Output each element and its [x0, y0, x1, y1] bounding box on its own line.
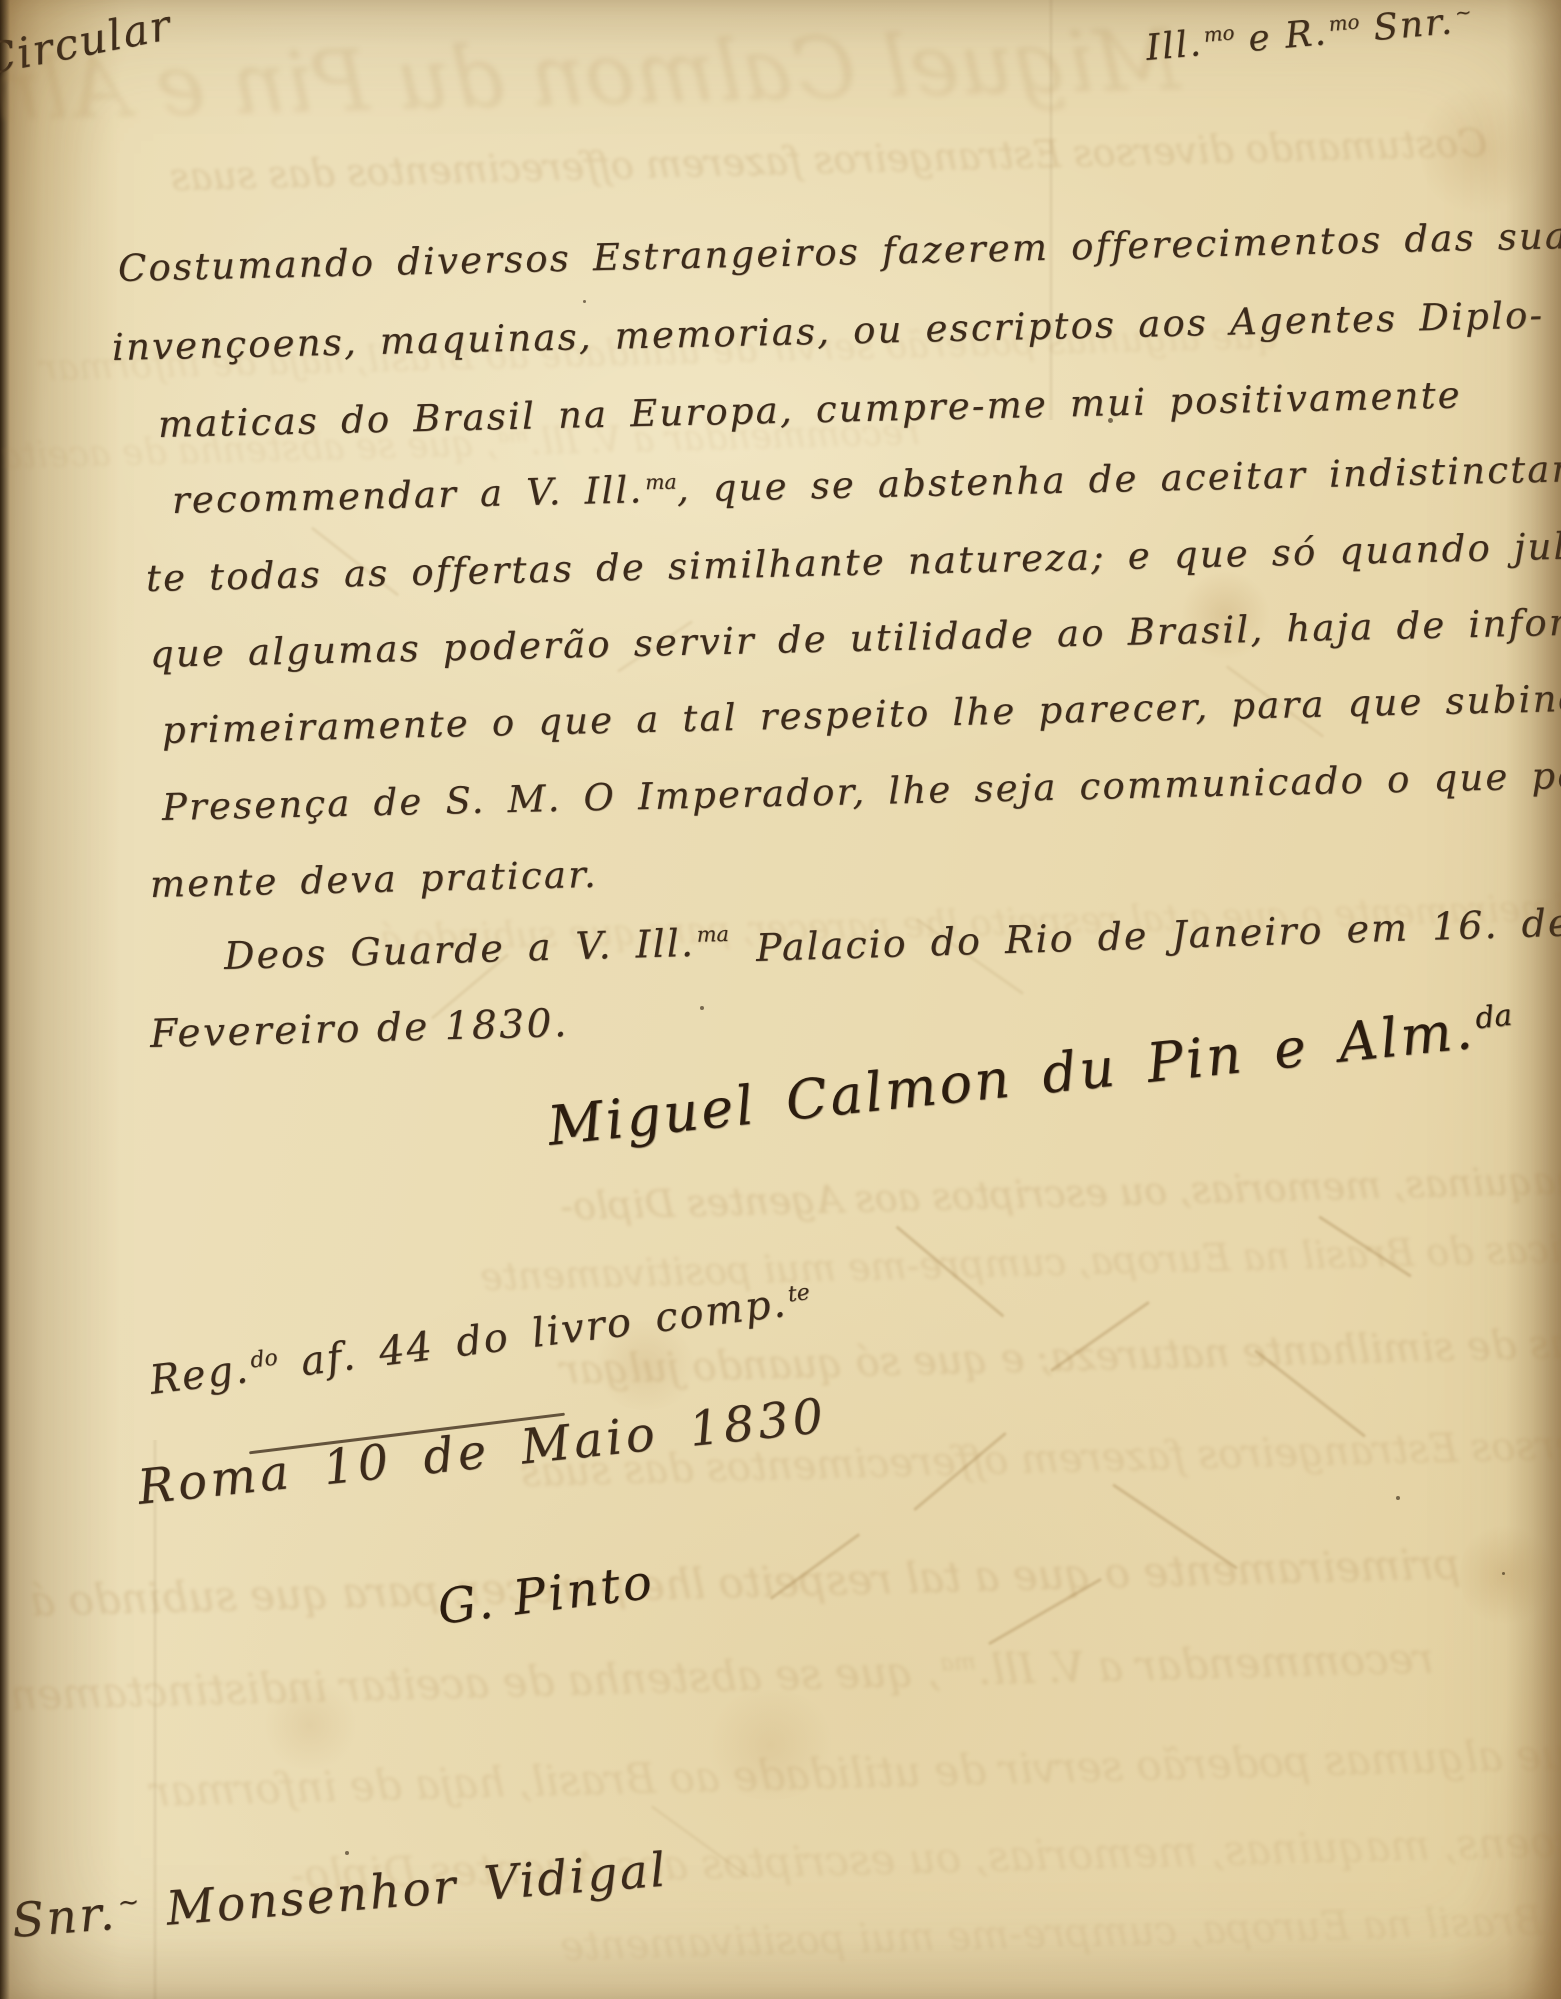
- binding-edge: [0, 0, 10, 1999]
- ink-bleedthrough: maticas do Brasil na Europa, cumpre-me m…: [480, 1225, 1561, 1299]
- body-line: Presença de S. M. O Imperador, lhe seja …: [162, 751, 1561, 829]
- registry-note: Reg.do af. 44 do livro comp.te: [147, 1277, 813, 1404]
- ink-bleedthrough: primeiramente o que a tal respeito lhe p…: [30, 1539, 1461, 1625]
- body-line: invençoens, maquinas, memorias, ou escri…: [112, 294, 1545, 369]
- closing-salute: Deos Guarde a V. Ill.ma: [223, 920, 729, 978]
- hatch-mark: [988, 1578, 1102, 1646]
- hatch-mark: [1112, 1483, 1238, 1569]
- ink-bleedthrough: Costumando diversos Estrangeiros fazerem…: [170, 121, 1488, 199]
- hatch-mark: [1254, 1349, 1366, 1438]
- ink-speck: [1396, 1496, 1400, 1500]
- ink-speck: [700, 1006, 704, 1010]
- registry-place-date: Roma 10 de Maio 1830: [135, 1388, 830, 1516]
- body-line: recommendar a V. Ill.ma, que se abstenha…: [172, 446, 1561, 522]
- hatch-mark: [770, 1533, 861, 1600]
- ink-speck: [1502, 1572, 1505, 1575]
- minister-signature: Miguel Calmon du Pin e Alm.da: [545, 994, 1517, 1158]
- ink-bleedthrough: que algumas poderão servir de utilidade …: [150, 1729, 1561, 1816]
- body-line: que algumas poderão servir de utilidade …: [150, 599, 1561, 676]
- hatch-mark: [895, 1225, 1004, 1317]
- closing-place-date: Palacio do Rio de Janeiro em 16. de: [755, 900, 1561, 970]
- hatch-mark: [913, 1432, 1007, 1511]
- body-line: te todas as offertas de similhante natur…: [146, 523, 1561, 600]
- body-line: Costumando diversos Estrangeiros fazerem…: [118, 214, 1561, 290]
- salutation: Ill.mo e R.mo Snr.~: [1144, 0, 1474, 69]
- page-crease: [1048, 0, 1054, 420]
- ink-speck: [345, 1851, 349, 1855]
- hatch-mark: [1318, 1215, 1412, 1277]
- body-line: primeiramente o que a tal respeito lhe p…: [162, 675, 1561, 752]
- ink-bleedthrough: recommendar a V. Ill.ma, que se abstenha…: [10, 1633, 1434, 1719]
- clerk-signature: G. Pinto: [435, 1554, 658, 1636]
- foxing-stain: [260, 1680, 360, 1770]
- ink-bleedthrough: maticas do Brasil na Europa, cumpre-me m…: [560, 1892, 1561, 1970]
- ink-speck: [583, 300, 586, 303]
- ink-bleedthrough: Miguel Calmon du Pin e Alm.da: [599, 10, 1181, 123]
- manuscript-page: Miguel Calmon du Pin e Alm.da Costumando…: [0, 0, 1561, 1999]
- closing-date-line: Fevereiro de 1830.: [149, 1001, 569, 1057]
- hatch-mark: [1050, 1301, 1150, 1372]
- foxing-stain: [700, 1690, 840, 1800]
- body-line: mente deva praticar.: [150, 853, 599, 906]
- binding-gutter-shade: [0, 0, 120, 1999]
- ink-bleedthrough: invençoens, maquinas, memorias, ou escri…: [560, 1151, 1561, 1228]
- body-line: maticas do Brasil na Europa, cumpre-me m…: [158, 373, 1463, 446]
